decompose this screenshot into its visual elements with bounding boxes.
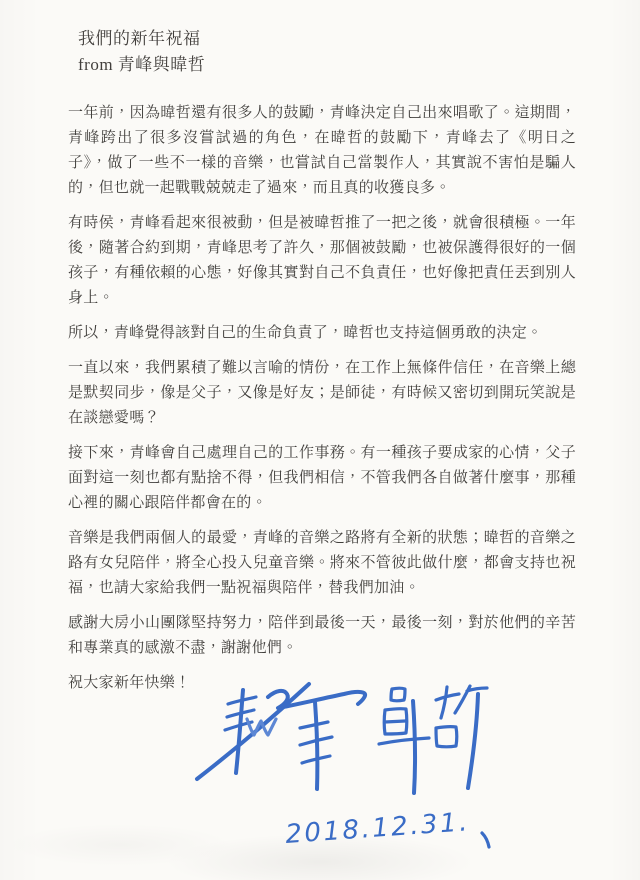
paragraph-6: 音樂是我們兩個人的最愛，青峰的音樂之路將有全新的狀態；暐哲的音樂之路有女兒陪伴，…	[68, 526, 576, 601]
letter-title: 我們的新年祝福	[78, 26, 205, 52]
letter-body: 一年前，因為暐哲還有很多人的鼓勵，青峰決定自己出來唱歌了。這期間，青峰跨出了很多…	[68, 101, 576, 706]
letter-page: 我們的新年祝福 from 青峰與暐哲 一年前，因為暐哲還有很多人的鼓勵，青峰決定…	[0, 0, 640, 880]
paragraph-5: 接下來，青峰會自己處理自己的工作事務。有一種孩子要成家的心情，父子面對這一刻也都…	[68, 441, 576, 516]
signature-date: 2018.12.31.	[284, 807, 470, 850]
paragraph-1: 一年前，因為暐哲還有很多人的鼓勵，青峰決定自己出來唱歌了。這期間，青峰跨出了很多…	[68, 101, 576, 201]
letter-header: 我們的新年祝福 from 青峰與暐哲	[78, 26, 205, 78]
letter-from-line: from 青峰與暐哲	[78, 52, 205, 78]
paragraph-3: 所以，青峰覺得該對自己的生命負責了，暐哲也支持這個勇敢的決定。	[68, 321, 576, 346]
paragraph-2: 有時侯，青峰看起來很被動，但是被暐哲推了一把之後，就會很積極。一年後，隨著合約到…	[68, 211, 576, 311]
paragraph-7: 感謝大房小山團隊堅持努力，陪伴到最後一天，最後一刻，對於他們的辛苦和專業真的感激…	[68, 611, 576, 661]
signature-date-group: 2018.12.31.	[284, 807, 489, 850]
paragraph-4: 一直以來，我們累積了難以言喻的情份，在工作上無條件信任，在音樂上總是默契同步，像…	[68, 356, 576, 431]
signature-handwriting: 2018.12.31.	[180, 660, 510, 860]
signature-name-weizhe	[379, 686, 487, 793]
signature-name-qingfeng	[197, 684, 365, 789]
date-trailing-tick	[482, 833, 489, 847]
